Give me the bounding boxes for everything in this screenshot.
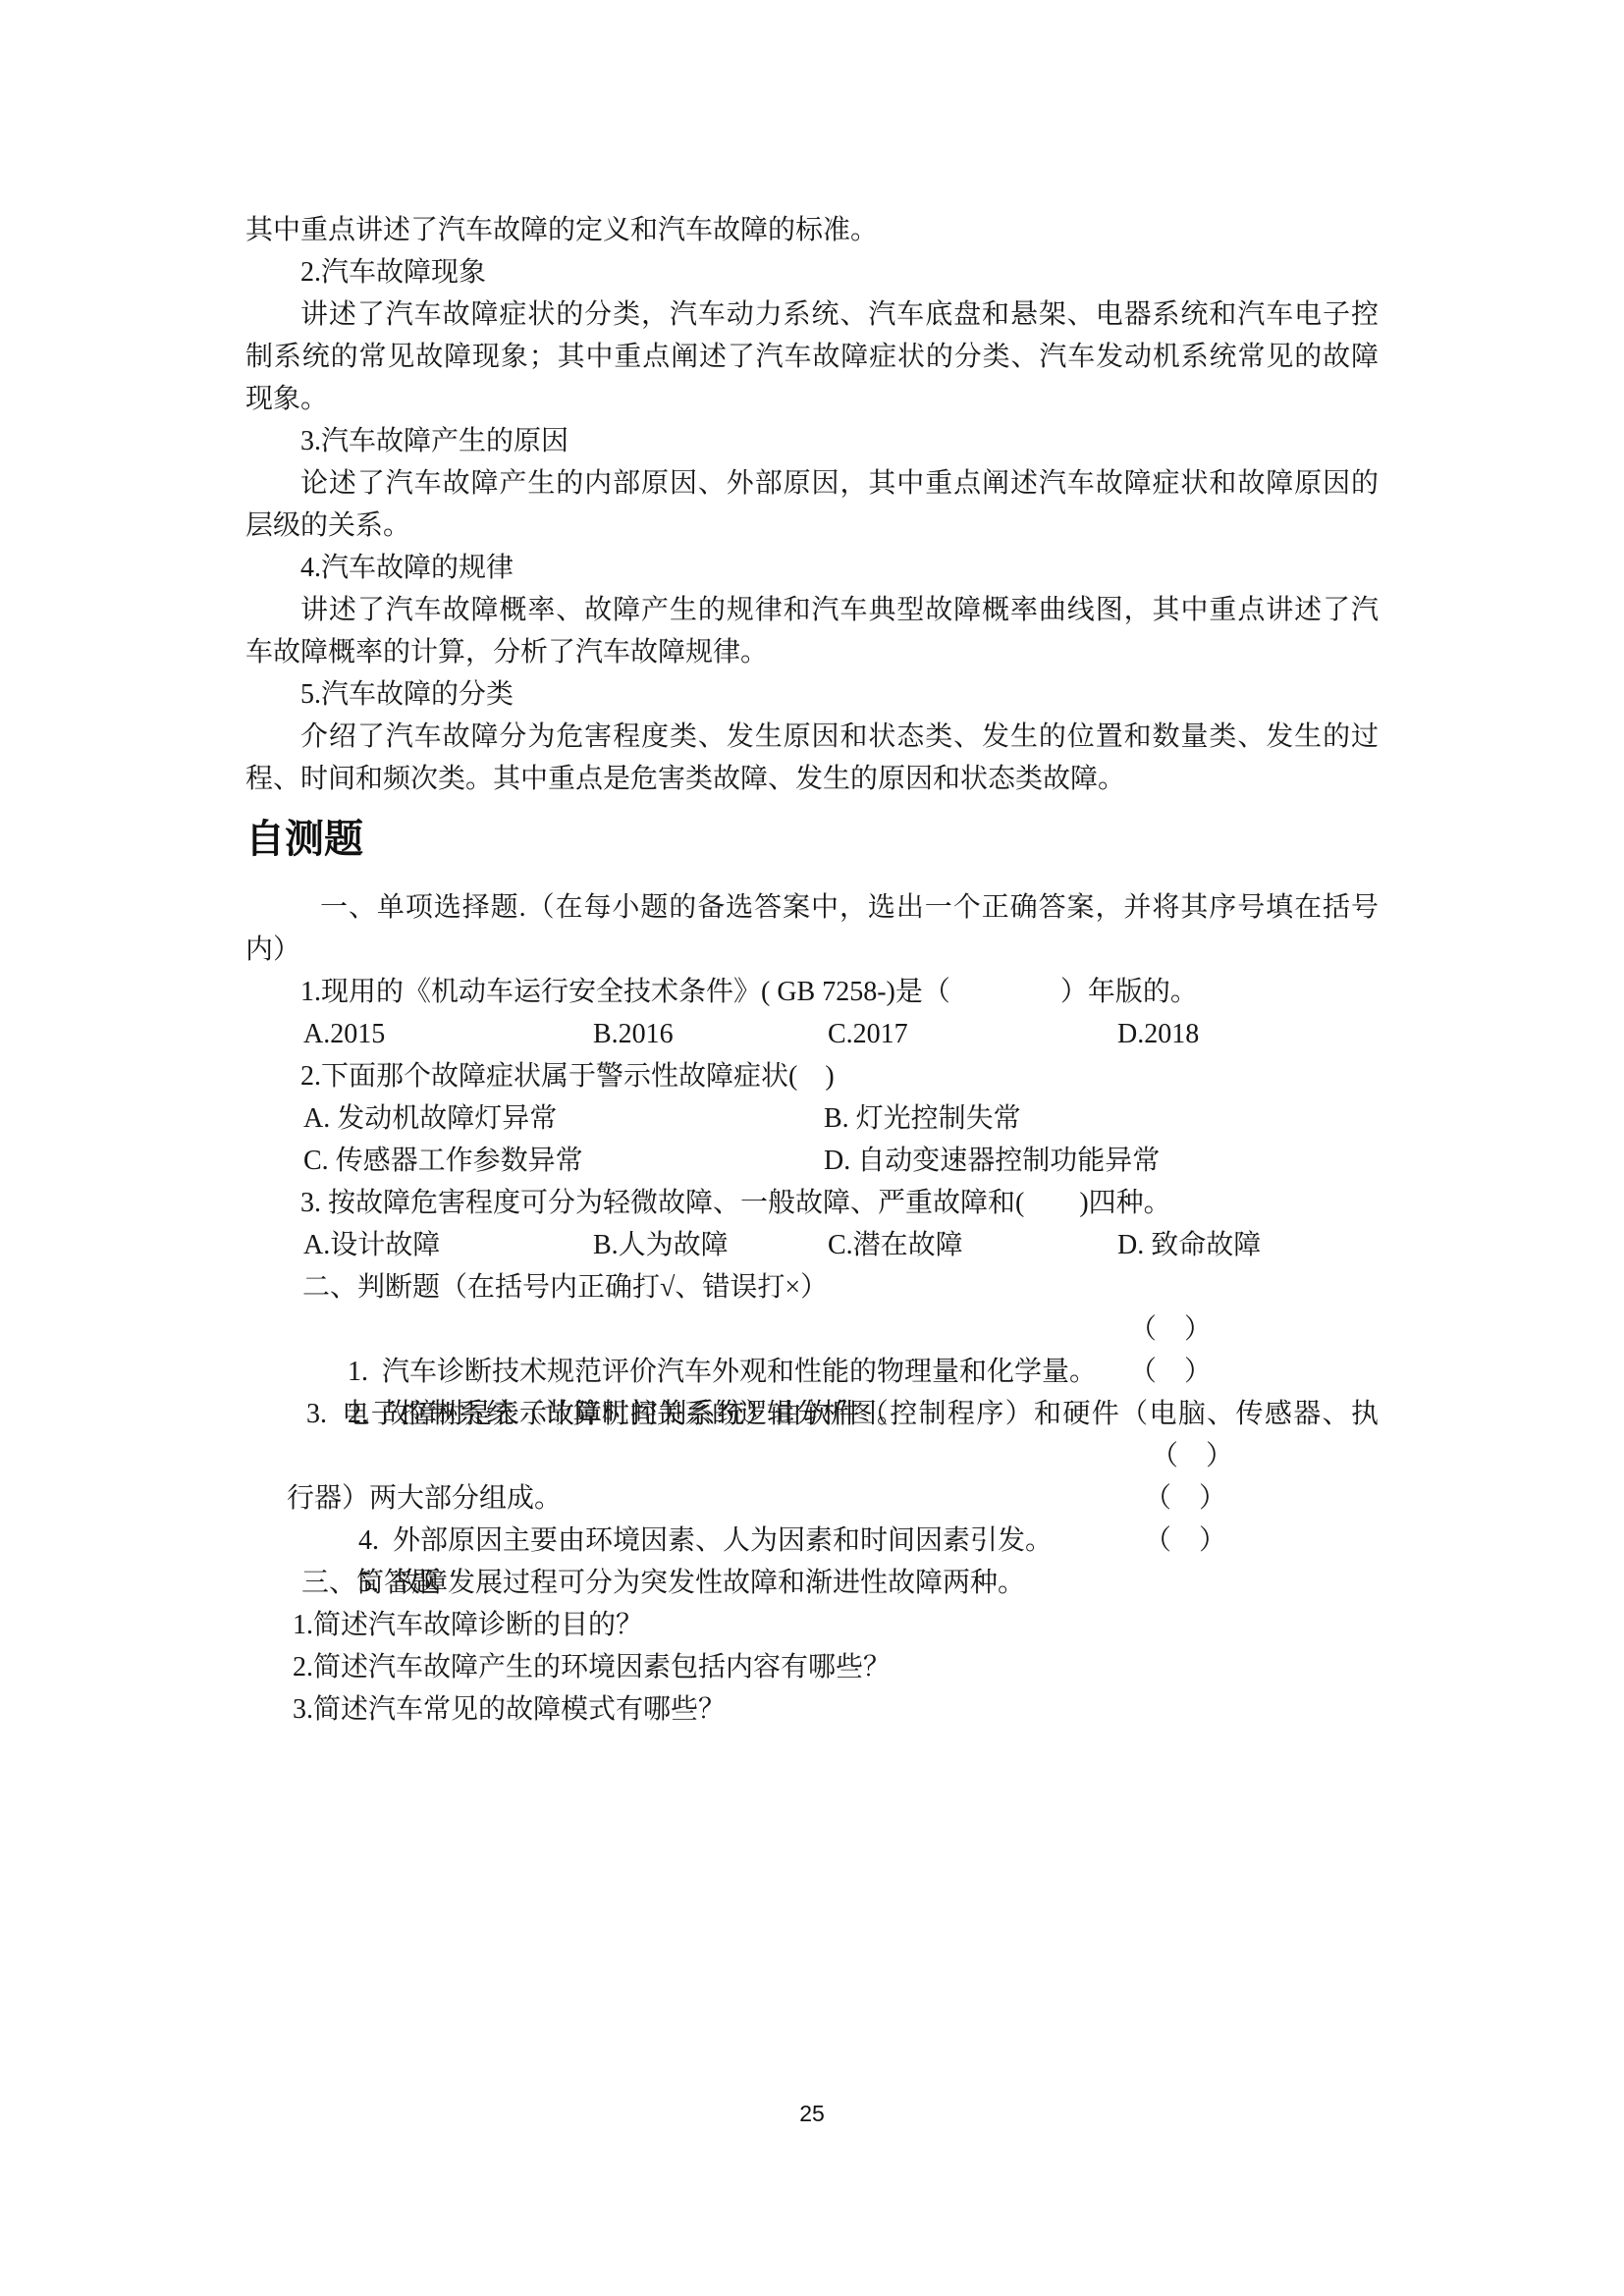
summary-line: 程、时间和频次类。其中重点是危害类故障、发生的原因和状态类故障。 (245, 758, 1379, 800)
summary-line: 现象。 (245, 378, 1379, 420)
judge-item-3-wrap: 行器）两大部分组成。 （ ） (245, 1435, 1379, 1477)
answer-bracket: （ ） (1144, 1477, 1226, 1520)
option-a: A.2015 (303, 1013, 385, 1055)
short-answer-header: 三、简答题 (245, 1562, 1379, 1604)
option-b: B.人为故障 (593, 1224, 729, 1266)
option-a: A. 发动机故障灯异常 (303, 1097, 557, 1140)
judge-header: 二、判断题（在括号内正确打√、错误打×） (245, 1266, 1379, 1308)
answer-bracket: （ ） (1151, 1435, 1233, 1477)
option-d: D.2018 (1117, 1013, 1199, 1055)
judge-item-3: 3. 电子控制系统（计算机控制系统）由软件（控制程序）和硬件（电脑、传感器、执 (245, 1393, 1379, 1435)
option-d: D. 致命故障 (1117, 1224, 1261, 1266)
summary-item-3-title: 3.汽车故障产生的原因 (245, 420, 1379, 462)
option-c: C. 传感器工作参数异常 (303, 1140, 583, 1182)
summary-item-2-title: 2.汽车故障现象 (245, 251, 1379, 294)
judge-item-2: 2. 故障树是表示故障时间关系的逻辑分析图。 （ ） (245, 1351, 1379, 1393)
short-answer-item-1: 1.简述汽车故障诊断的目的？ (245, 1604, 1379, 1646)
question-2-options-row-2: C. 传感器工作参数异常 D. 自动变速器控制功能异常 (245, 1140, 1379, 1182)
single-choice-header: 一、单项选择题.（在每小题的备选答案中，选出一个正确答案，并将其序号填在括号 (245, 886, 1379, 929)
summary-line: 其中重点讲述了汽车故障的定义和汽车故障的标准。 (245, 209, 1379, 251)
summary-line: 制系统的常见故障现象；其中重点阐述了汽车故障症状的分类、汽车发动机系统常见的故障 (245, 336, 1379, 378)
summary-line: 介绍了汽车故障分为危害程度类、发生原因和状态类、发生的位置和数量类、发生的过 (245, 716, 1379, 758)
option-d: D. 自动变速器控制功能异常 (824, 1140, 1160, 1182)
summary-line: 车故障概率的计算，分析了汽车故障规律。 (245, 631, 1379, 673)
answer-bracket: （ ） (1129, 1351, 1212, 1393)
summary-item-5-title: 5.汽车故障的分类 (245, 673, 1379, 716)
judge-item-5: 5. 故障发展过程可分为突发性故障和渐进性故障两种。 （ ） (245, 1520, 1379, 1562)
option-b: B.2016 (593, 1013, 674, 1055)
question-3-options: A.设计故障 B.人为故障 C.潜在故障 D. 致命故障 (245, 1224, 1379, 1266)
document-page: 其中重点讲述了汽车故障的定义和汽车故障的标准。 2.汽车故障现象 讲述了汽车故障… (0, 0, 1624, 2296)
judge-item-1: 1. 汽车诊断技术规范评价汽车外观和性能的物理量和化学量。 （ ） (245, 1308, 1379, 1351)
short-answer-item-3: 3.简述汽车常见的故障模式有哪些？ (245, 1688, 1379, 1731)
summary-item-4-title: 4.汽车故障的规律 (245, 547, 1379, 589)
question-1-options: A.2015 B.2016 C.2017 D.2018 (245, 1013, 1379, 1055)
judge-item-4: 4. 外部原因主要由环境因素、人为因素和时间因素引发。 （ ） (245, 1477, 1379, 1520)
summary-line: 讲述了汽车故障概率、故障产生的规律和汽车典型故障概率曲线图，其中重点讲述了汽 (245, 589, 1379, 631)
option-c: C.潜在故障 (828, 1224, 963, 1266)
single-choice-header-wrap: 内） (245, 929, 1379, 971)
answer-bracket: （ ） (1129, 1308, 1212, 1351)
question-3: 3. 按故障危害程度可分为轻微故障、一般故障、严重故障和( )四种。 (245, 1182, 1379, 1224)
option-c: C.2017 (828, 1013, 908, 1055)
option-b: B. 灯光控制失常 (824, 1097, 1021, 1140)
answer-bracket: （ ） (1144, 1520, 1226, 1562)
page-number: 25 (0, 2099, 1624, 2128)
question-2-options-row-1: A. 发动机故障灯异常 B. 灯光控制失常 (245, 1097, 1379, 1140)
summary-line: 讲述了汽车故障症状的分类，汽车动力系统、汽车底盘和悬架、电器系统和汽车电子控 (245, 294, 1379, 336)
question-2: 2.下面那个故障症状属于警示性故障症状( ) (245, 1055, 1379, 1097)
section-heading-self-test: 自测题 (245, 814, 1379, 865)
short-answer-item-2: 2.简述汽车故障产生的环境因素包括内容有哪些？ (245, 1646, 1379, 1688)
summary-line: 层级的关系。 (245, 505, 1379, 547)
summary-line: 论述了汽车故障产生的内部原因、外部原因，其中重点阐述汽车故障症状和故障原因的 (245, 462, 1379, 505)
page-content: 其中重点讲述了汽车故障的定义和汽车故障的标准。 2.汽车故障现象 讲述了汽车故障… (245, 209, 1379, 1731)
question-1: 1.现用的《机动车运行安全技术条件》( GB 7258-)是（ ）年版的。 (245, 971, 1379, 1013)
option-a: A.设计故障 (303, 1224, 440, 1266)
